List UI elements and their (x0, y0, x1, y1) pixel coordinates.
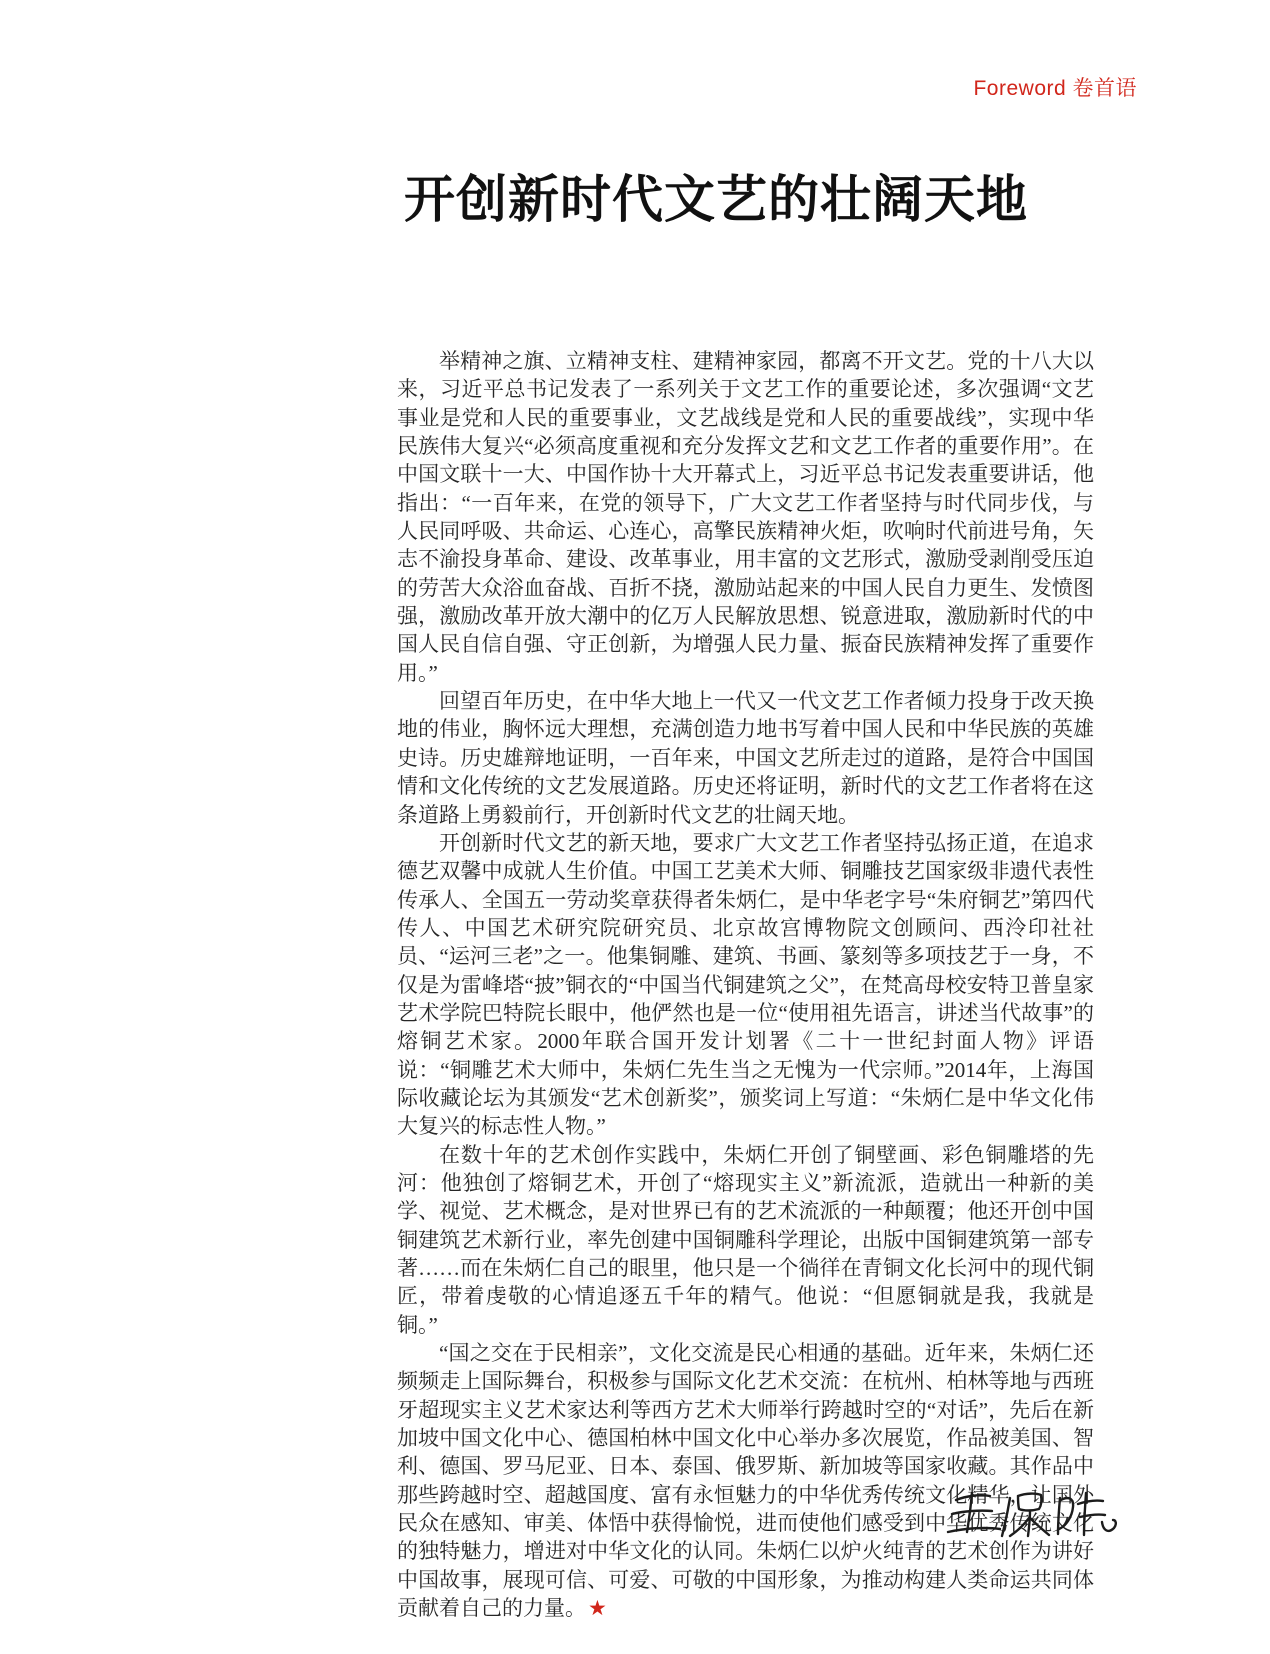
page-title: 开创新时代文艺的壮阔天地 (404, 158, 1028, 232)
paragraph-text: 回望百年历史，在中华大地上一代又一代文艺工作者倾力投身于改天换地的伟业，胸怀远大… (397, 689, 1094, 826)
paragraph-text: 在数十年的艺术创作实践中，朱炳仁开创了铜壁画、彩色铜雕塔的先河：他独创了熔铜艺术… (397, 1143, 1094, 1337)
paragraph-text: 举精神之旗、立精神支柱、建精神家园，都离不开文艺。党的十八大以来，习近平总书记发… (397, 349, 1094, 685)
article-body: 举精神之旗、立精神支柱、建精神家园，都离不开文艺。党的十八大以来，习近平总书记发… (397, 347, 1094, 1622)
body-paragraph-3: 开创新时代文艺的新天地，要求广大文艺工作者坚持弘扬正道，在追求德艺双馨中成就人生… (397, 829, 1094, 1141)
signature-strokes (942, 1478, 1128, 1554)
body-paragraph-1: 举精神之旗、立精神支柱、建精神家园，都离不开文艺。党的十八大以来，习近平总书记发… (397, 347, 1094, 687)
body-paragraph-2: 回望百年历史，在中华大地上一代又一代文艺工作者倾力投身于改天换地的伟业，胸怀远大… (397, 687, 1094, 829)
foreword-section-label: Foreword 卷首语 (973, 72, 1137, 102)
paragraph-text: 开创新时代文艺的新天地，要求广大文艺工作者坚持弘扬正道，在追求德艺双馨中成就人生… (397, 831, 1094, 1138)
signature-handwriting (942, 1478, 1128, 1554)
end-star-icon: ★ (586, 1596, 607, 1620)
magazine-foreword-page: Foreword 卷首语 开创新时代文艺的壮阔天地 举精神之旗、立精神支柱、建精… (0, 0, 1270, 1654)
body-paragraph-4: 在数十年的艺术创作实践中，朱炳仁开创了铜壁画、彩色铜雕塔的先河：他独创了熔铜艺术… (397, 1141, 1094, 1339)
